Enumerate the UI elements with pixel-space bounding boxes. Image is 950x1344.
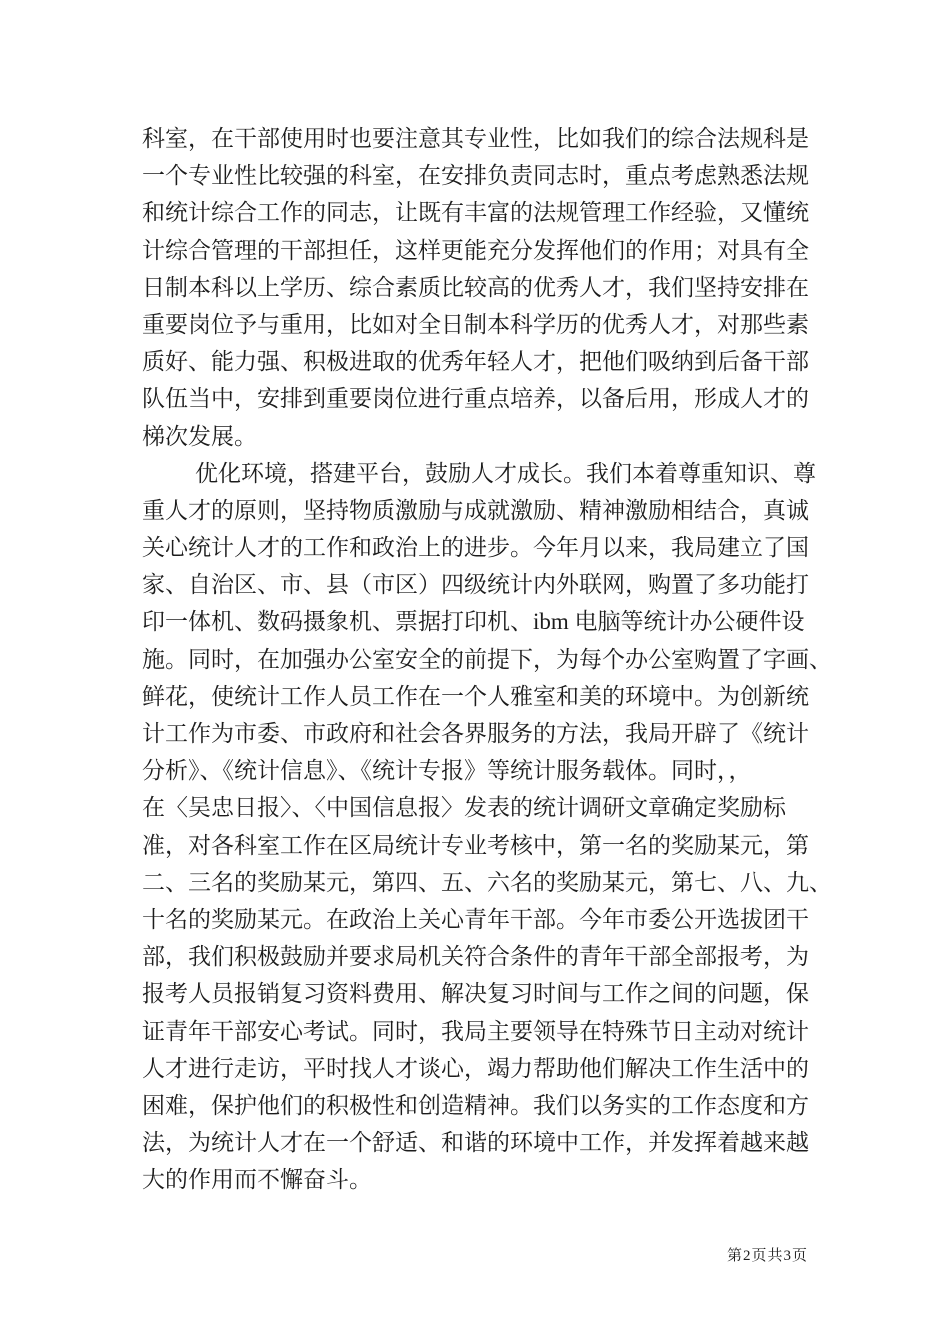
text-line: 家、自治区、市、县（市区）四级统计内外联网，购置了多功能打 xyxy=(142,566,812,603)
text-line: 鲜花，使统计工作人员工作在一个人雅室和美的环境中。为创新统 xyxy=(142,678,812,715)
text-line: 计工作为市委、市政府和社会各界服务的方法，我局开辟了《统计 xyxy=(142,715,812,752)
text-line: 印一体机、数码摄象机、票据打印机、ibm 电脑等统计办公硬件设 xyxy=(142,603,812,640)
document-page: 科室，在干部使用时也要注意其专业性，比如我们的综合法规科是一个专业性比较强的科室… xyxy=(0,0,950,1344)
text-line: 部，我们积极鼓励并要求局机关符合条件的青年干部全部报考，为 xyxy=(142,938,812,975)
text-line: 二、三名的奖励某元，第四、五、六名的奖励某元，第七、八、九、 xyxy=(142,864,812,901)
text-line: 重要岗位予与重用，比如对全日制本科学历的优秀人才，对那些素 xyxy=(142,306,812,343)
paragraph-2: 优化环境，搭建平台，鼓励人才成长。我们本着尊重知识、尊重人才的原则，坚持物质激励… xyxy=(142,455,812,1199)
text-line: 十名的奖励某元。在政治上关心青年干部。今年市委公开选拔团干 xyxy=(142,901,812,938)
text-line: 法，为统计人才在一个舒适、和谐的环境中工作，并发挥着越来越 xyxy=(142,1124,812,1161)
text-line: 人才进行走访，平时找人才谈心，竭力帮助他们解决工作生活中的 xyxy=(142,1050,812,1087)
text-line: 优化环境，搭建平台，鼓励人才成长。我们本着尊重知识、尊 xyxy=(142,455,812,492)
text-line: 重人才的原则，坚持物质激励与成就激励、精神激励相结合，真诚 xyxy=(142,492,812,529)
page-footer: 第2页共3页 xyxy=(727,1246,808,1266)
text-line: 报考人员报销复习资料费用、解决复习时间与工作之间的问题，保 xyxy=(142,975,812,1012)
text-line: 一个专业性比较强的科室，在安排负责同志时，重点考虑熟悉法规 xyxy=(142,157,812,194)
text-line: 证青年干部安心考试。同时，我局主要领导在特殊节日主动对统计 xyxy=(142,1013,812,1050)
text-line: 分析》、《统计信息》、《统计专报》等统计服务载体。同时，， xyxy=(142,752,812,789)
text-line: 计综合管理的干部担任，这样更能充分发挥他们的作用；对具有全 xyxy=(142,232,812,269)
page-number: 第2页共3页 xyxy=(727,1248,808,1264)
text-line: 关心统计人才的工作和政治上的进步。今年月以来，我局建立了国 xyxy=(142,529,812,566)
text-line: 梯次发展。 xyxy=(142,418,812,455)
text-line: 质好、能力强、积极进取的优秀年轻人才，把他们吸纳到后备干部 xyxy=(142,343,812,380)
text-line: 科室，在干部使用时也要注意其专业性，比如我们的综合法规科是 xyxy=(142,120,812,157)
paragraph-1: 科室，在干部使用时也要注意其专业性，比如我们的综合法规科是一个专业性比较强的科室… xyxy=(142,120,812,455)
text-line: 准，对各科室工作在区局统计专业考核中，第一名的奖励某元，第 xyxy=(142,827,812,864)
text-line: 和统计综合工作的同志，让既有丰富的法规管理工作经验，又懂统 xyxy=(142,194,812,231)
text-line: 在〈吴忠日报〉、〈中国信息报〉发表的统计调研文章确定奖励标 xyxy=(142,789,812,826)
text-line: 困难，保护他们的积极性和创造精神。我们以务实的工作态度和方 xyxy=(142,1087,812,1124)
text-line: 施。同时，在加强办公室安全的前提下，为每个办公室购置了字画、 xyxy=(142,641,812,678)
text-line: 日制本科以上学历、综合素质比较高的优秀人才，我们坚持安排在 xyxy=(142,269,812,306)
text-line: 大的作用而不懈奋斗。 xyxy=(142,1161,812,1198)
document-body: 科室，在干部使用时也要注意其专业性，比如我们的综合法规科是一个专业性比较强的科室… xyxy=(142,120,812,1198)
text-line: 队伍当中，安排到重要岗位进行重点培养，以备后用，形成人才的 xyxy=(142,380,812,417)
